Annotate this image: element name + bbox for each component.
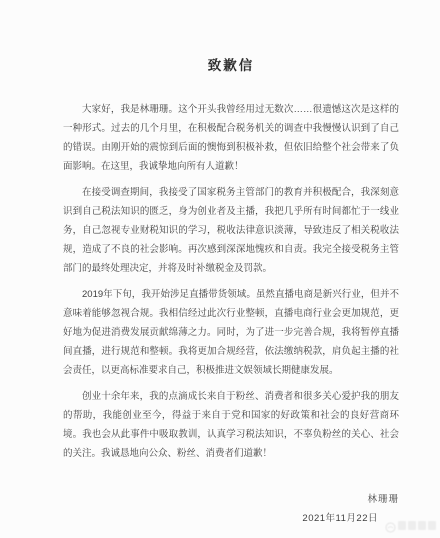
watermark-glyph [428, 521, 436, 530]
letter-paragraph: 2019年下旬，我开始涉足直播带货领域。虽然直播电商是新兴行业，但并不意味着能够… [63, 285, 399, 380]
letter-paragraph: 在接受调查期间，我接受了国家税务主管部门的教育并积极配合，我深刻意识到自己税法知… [63, 183, 399, 278]
letter-page: 致歉信 大家好，我是林珊珊。这个开头我曾经用过无数次……很遗憾这次是这样的一种形… [0, 0, 440, 538]
letter-paragraph: 创业十余年来，我的点滴成长来自于粉丝、消费者和很多关心爱护我的朋友的帮助，我能创… [63, 387, 399, 463]
watermark-glyph [408, 521, 416, 530]
signature-name: 林珊珊 [63, 490, 399, 509]
watermark-logo-icon [385, 520, 396, 531]
letter-paragraph: 大家好，我是林珊珊。这个开头我曾经用过无数次……很遗憾这次是这样的一种形式。过去… [63, 100, 399, 176]
watermark [385, 520, 436, 531]
watermark-glyph [398, 521, 406, 530]
watermark-glyph [418, 521, 426, 530]
signature-date: 2021年11月22日 [63, 509, 399, 528]
letter-body: 大家好，我是林珊珊。这个开头我曾经用过无数次……很遗憾这次是这样的一种形式。过去… [63, 100, 399, 463]
letter-title: 致歉信 [63, 58, 399, 73]
